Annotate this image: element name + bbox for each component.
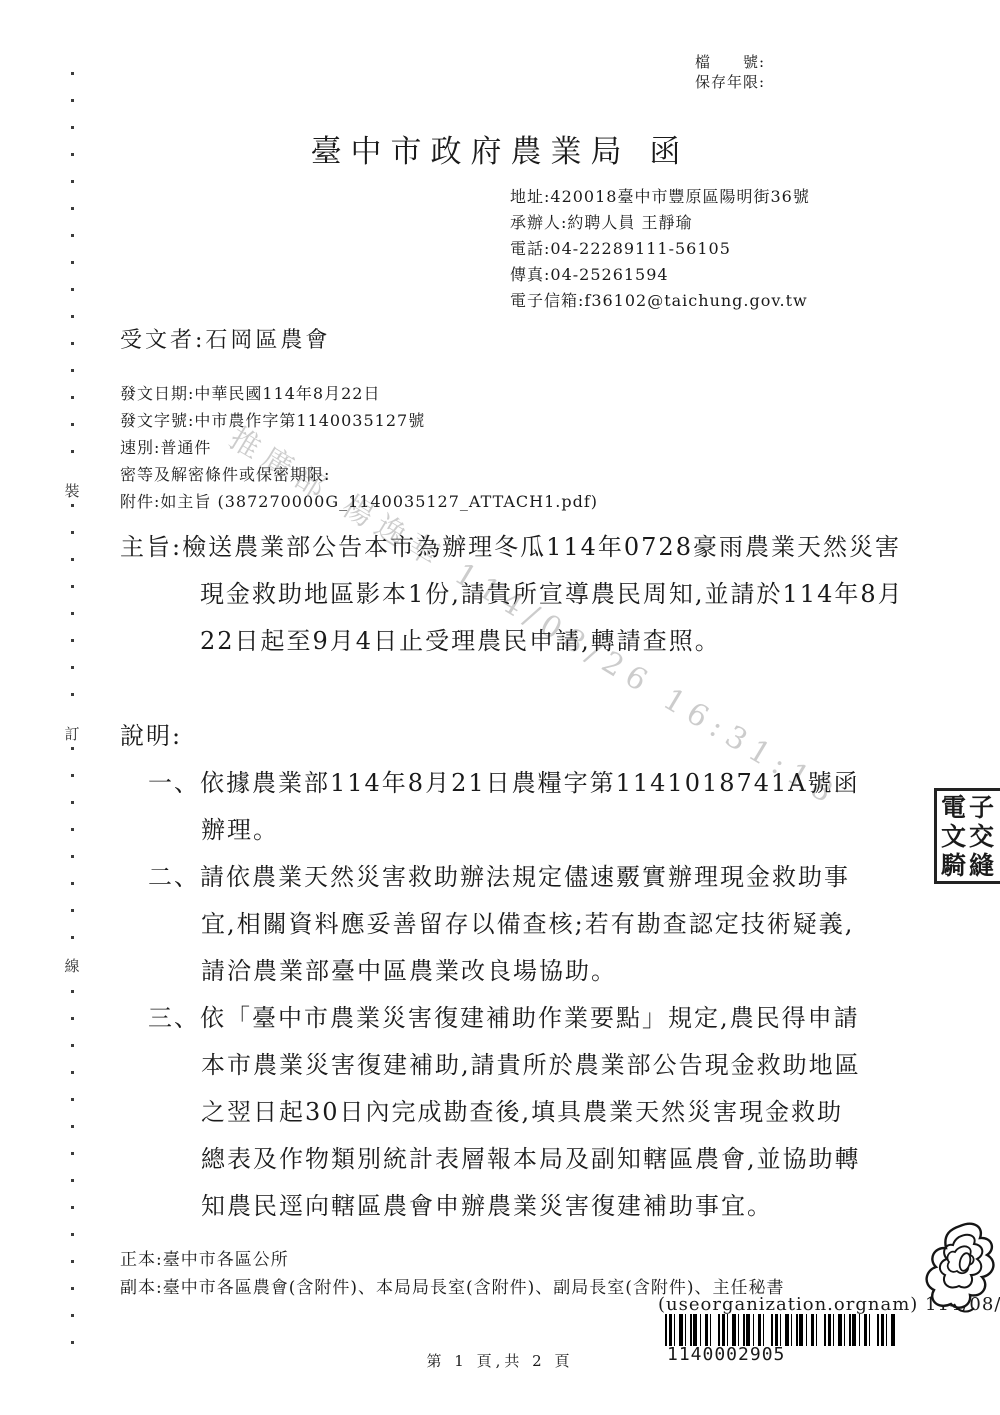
recipient-line: 受文者:石岡區農會 xyxy=(120,323,330,354)
agency-fax: 傳真:04-25261594 xyxy=(510,262,810,288)
electronic-exchange-seam-stamp: 電子文交騎縫 xyxy=(934,788,1000,884)
binding-mark-ding: 訂 xyxy=(58,720,86,747)
agency-phone: 電話:04-22289111-56105 xyxy=(510,236,810,262)
binding-mark-zhuang: 裝 xyxy=(58,477,86,504)
retention-label: 保存年限: xyxy=(695,72,765,92)
signature-stamp xyxy=(924,1220,1000,1316)
binding-mark-xian: 線 xyxy=(58,952,86,979)
agency-email: 電子信箱:f36102@taichung.gov.tw xyxy=(510,288,810,314)
dispatch-attachment: 附件:如主旨 (387270000G_1140035127_ATTACH1.pd… xyxy=(120,488,598,515)
document-title: 臺中市政府農業局 函 xyxy=(0,126,1000,171)
seam-stamp-row: 文交 xyxy=(941,822,1000,851)
seam-stamp-row: 電子 xyxy=(941,793,1000,822)
agency-contact-person: 承辦人:約聘人員 王靜瑜 xyxy=(510,210,810,236)
official-letter-page: 推廣部 楊逸華 114/08/26 16:31:18 裝 訂 線 檔 號: 保存… xyxy=(0,0,1000,1415)
archive-label-block: 檔 號: 保存年限: xyxy=(695,52,765,92)
seam-stamp-row: 騎縫 xyxy=(941,851,1000,880)
description-item: 二、請依農業天然災害救助辦法規定儘速覈實辦理現金救助事宜,相關資料應妥善留存以備… xyxy=(148,854,862,995)
file-number-label: 檔 號: xyxy=(695,52,765,72)
subject-paragraph: 主旨:檢送農業部公告本市為辦理冬瓜114年0728豪雨農業天然災害現金救助地區影… xyxy=(120,524,916,665)
dispatch-security: 密等及解密條件或保密期限: xyxy=(120,461,598,488)
original-copy-line: 正本:臺中市各區公所 xyxy=(120,1246,785,1274)
description-list: 一、依據農業部114年8月21日農糧字第1141018741A號函辦理。二、請依… xyxy=(148,760,862,1230)
binding-dotted-line xyxy=(71,72,74,1354)
dispatch-meta-block: 發文日期:中華民國114年8月22日 發文字號:中市農作字第1140035127… xyxy=(120,380,598,515)
barcode xyxy=(665,1314,895,1346)
agency-address: 地址:420018臺中市豐原區陽明街36號 xyxy=(510,184,810,210)
description-label: 說明: xyxy=(120,716,182,751)
page-number-footer: 第 1 頁,共 2 頁 xyxy=(0,1350,1000,1371)
dispatch-date: 發文日期:中華民國114年8月22日 xyxy=(120,380,598,407)
dispatch-speed: 速別:普通件 xyxy=(120,434,598,461)
description-item: 三、依「臺中市農業災害復建補助作業要點」規定,農民得申請本市農業災害復建補助,請… xyxy=(148,995,862,1230)
dispatch-number: 發文字號:中市農作字第1140035127號 xyxy=(120,407,598,434)
description-item: 一、依據農業部114年8月21日農糧字第1141018741A號函辦理。 xyxy=(148,760,862,854)
signature-stamp-icon xyxy=(924,1220,1000,1316)
agency-contact-block: 地址:420018臺中市豐原區陽明街36號 承辦人:約聘人員 王靜瑜 電話:04… xyxy=(510,184,810,314)
